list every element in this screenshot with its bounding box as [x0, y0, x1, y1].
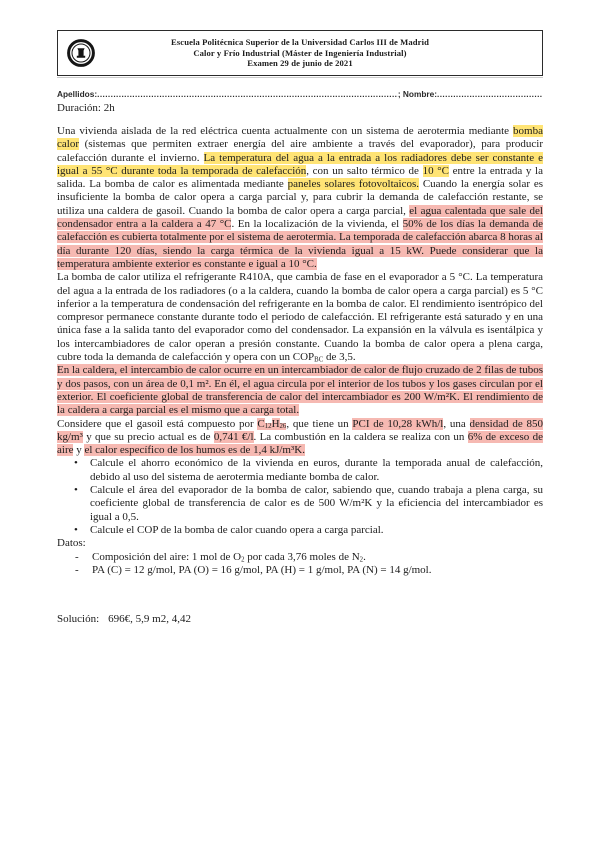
header-institution: Escuela Politécnica Superior de la Unive…	[171, 37, 429, 48]
solution-line: Solución:696€, 5,9 m2, 4,42	[57, 613, 543, 626]
datos-item-2: - PA (C) = 12 g/mol, PA (O) = 16 g/mol, …	[57, 564, 543, 577]
paragraph-intro: Una vivienda aislada de la red eléctrica…	[57, 125, 543, 271]
datos-item-1: - Composición del aire: 1 mol de O2 por …	[57, 551, 543, 564]
bullet-icon: •	[74, 524, 78, 537]
bullet-icon: •	[74, 484, 78, 497]
header-exam-date: Examen 29 de junio de 2021	[171, 58, 429, 69]
solution-label: Solución:	[57, 613, 99, 625]
paragraph-heat-pump: La bomba de calor utiliza el refrigerant…	[57, 271, 543, 364]
dash-icon: -	[75, 551, 79, 564]
question-text-2: Calcule el área del evaporador de la bom…	[90, 484, 543, 523]
paragraph-boiler-exchanger: En la caldera, el intercambio de calor o…	[57, 364, 543, 417]
name-fields-line: Apellidos: .............................…	[57, 88, 543, 100]
paragraph-fuel-properties: Considere que el gasoil está compuesto p…	[57, 418, 543, 458]
datos-text-2: PA (C) = 12 g/mol, PA (O) = 16 g/mol, PA…	[92, 564, 432, 576]
dash-icon: -	[75, 564, 79, 577]
question-list: • Calcule el ahorro económico de la vivi…	[57, 457, 543, 537]
name-dots: ........................................…	[437, 89, 543, 99]
question-item-3: • Calcule el COP de la bomba de calor cu…	[57, 524, 543, 537]
header-course: Calor y Frío Industrial (Máster de Ingen…	[171, 48, 429, 59]
duration-line: Duración: 2h	[57, 102, 543, 115]
question-item-2: • Calcule el área del evaporador de la b…	[57, 484, 543, 524]
datos-list: - Composición del aire: 1 mol de O2 por …	[57, 551, 543, 578]
name-label: ; Nombre:	[398, 88, 437, 100]
surname-dots: ........................................…	[97, 89, 398, 99]
bullet-icon: •	[74, 457, 78, 470]
question-text-1: Calcule el ahorro económico de la vivien…	[90, 457, 543, 482]
datos-heading: Datos:	[57, 537, 543, 550]
header-text: Escuela Politécnica Superior de la Unive…	[171, 37, 429, 69]
header: Escuela Politécnica Superior de la Unive…	[57, 30, 543, 76]
question-item-1: • Calcule el ahorro económico de la vivi…	[57, 457, 543, 484]
exam-page: Escuela Politécnica Superior de la Unive…	[0, 0, 599, 848]
university-logo-icon	[67, 39, 95, 67]
datos-text-1: Composición del aire: 1 mol de O2 por ca…	[92, 551, 366, 563]
solution-values: 696€, 5,9 m2, 4,42	[108, 613, 191, 625]
name-blank: ........................................…	[437, 88, 543, 100]
surname-label: Apellidos:	[57, 88, 97, 100]
surname-blank: ........................................…	[97, 88, 398, 100]
question-text-3: Calcule el COP de la bomba de calor cuan…	[90, 524, 384, 536]
